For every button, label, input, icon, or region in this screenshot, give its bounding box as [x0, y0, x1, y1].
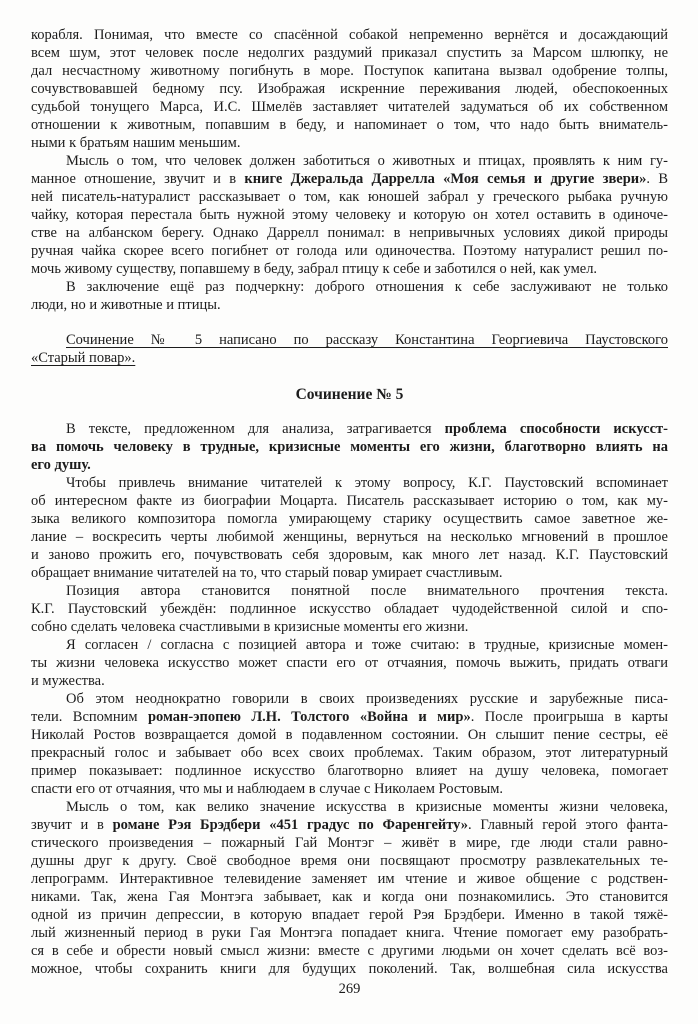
text-line: об интересном факте из биографии Моцарта…	[31, 492, 668, 510]
text-run: Мысль о том, как велико значение искусст…	[66, 799, 668, 815]
text-run: В тексте, предложенном для анализа, затр…	[66, 421, 445, 437]
text-run: собно сделать человека счастливыми в кри…	[31, 619, 468, 635]
text-line: «Старый повар».	[31, 349, 668, 367]
text-run: никами. Так, жена Гая Монтэга забывает, …	[31, 889, 668, 905]
text-line: никами. Так, жена Гая Монтэга забывает, …	[31, 888, 668, 906]
text-run: и мужества.	[31, 673, 105, 689]
text-line: спасти его от отчаяния, что мы и наблюда…	[31, 780, 668, 798]
text-line: ты жизни человека искусство может спасти…	[31, 654, 668, 672]
text-run: стве на албанском берегу. Однако Даррелл…	[31, 225, 668, 241]
text-run: стического произведения – пожарный Гай М…	[31, 835, 668, 851]
text-run: обращает внимание читателей на то, что с…	[31, 565, 503, 581]
text-line: Сочинение № 5 написано по рассказу Конст…	[31, 331, 668, 349]
text-run: Мысль о том, что человек должен заботить…	[66, 153, 668, 169]
text-run: ными к братьям нашим меньшим.	[31, 135, 240, 151]
text-line: сочувствовавшей бедному псу. Изображая и…	[31, 80, 668, 98]
text-run: К.Г. Паустовский убеждён: подлинное иску…	[31, 601, 668, 617]
text-run: прекрасный голос и забывает обо всех сво…	[31, 745, 668, 761]
text-line: его душу.	[31, 456, 668, 474]
text-line: Я согласен / согласна с позицией автора …	[31, 636, 668, 654]
text-run: ся в себе и обрести новый смысл жизни: в…	[31, 943, 668, 959]
text-line: дал несчастному животному погибнуть в мо…	[31, 62, 668, 80]
text-run: Я согласен / согласна с позицией автора …	[66, 637, 668, 653]
text-line: стического произведения – пожарный Гай М…	[31, 834, 668, 852]
text-line: чайку, которая перестала быть нужной это…	[31, 206, 668, 224]
text-run: ва помочь человеку в трудные, кризисные …	[31, 439, 668, 455]
text-run: ней писатель-натуралист рассказывает о т…	[31, 189, 668, 205]
text-run: судьбой тонущего Марса, И.С. Шмелёв заст…	[31, 99, 668, 115]
text-run: лание – воскресить черты любимой женщины…	[31, 529, 668, 545]
text-line: мочь живому существу, попавшему в беду, …	[31, 260, 668, 278]
text-run: об интересном факте из биографии Моцарта…	[31, 493, 668, 509]
text-run: Чтобы привлечь внимание читателей к этом…	[66, 475, 668, 491]
text-run: лепрограмм. Интерактивное телевидение за…	[31, 871, 668, 887]
text-line: собно сделать человека счастливыми в кри…	[31, 618, 668, 636]
section-essay-body: В тексте, предложенном для анализа, затр…	[31, 420, 668, 978]
text-run: ты жизни человека искусство может спасти…	[31, 655, 668, 671]
text-line: ными к братьям нашим меньшим.	[31, 134, 668, 152]
text-run: Николай Ростов возвращается домой в пода…	[31, 727, 668, 743]
text-line: звучит и в романе Рэя Брэдбери «451 град…	[31, 816, 668, 834]
paragraph: В заключение ещё раз подчеркну: доброго …	[31, 278, 668, 314]
text-line: лепрограмм. Интерактивное телевидение за…	[31, 870, 668, 888]
text-run: романе Рэя Брэдбери «451 градус по Фарен…	[113, 817, 468, 833]
text-line: лый жизненный период в руки Гая Монтэга …	[31, 924, 668, 942]
text-run: сочувствовавшей бедному псу. Изображая и…	[31, 81, 668, 97]
text-line: прекрасный голос и забывает обо всех сво…	[31, 744, 668, 762]
text-line: можное, чтобы сохранить книги для будущи…	[31, 960, 668, 978]
text-line: зыка великого композитора помогла умираю…	[31, 510, 668, 528]
text-run: «Старый повар».	[31, 350, 135, 366]
text-run: дал несчастному животному погибнуть в мо…	[31, 63, 668, 79]
text-line: одной из причин депрессии, в которую впа…	[31, 906, 668, 924]
text-line: стве на албанском берегу. Однако Даррелл…	[31, 224, 668, 242]
paragraph: корабля. Понимая, что вместе со спасённо…	[31, 26, 668, 152]
text-run: люди, но и животные и птицы.	[31, 297, 221, 313]
text-line: пример показывает: подлинное искусство б…	[31, 762, 668, 780]
paragraph: Сочинение № 5 написано по рассказу Конст…	[31, 331, 668, 367]
text-run: лый жизненный период в руки Гая Монтэга …	[31, 925, 668, 941]
text-run: одной из причин депрессии, в которую впа…	[31, 907, 668, 923]
text-run: . В	[646, 171, 668, 187]
paragraph: Мысль о том, что человек должен заботить…	[31, 152, 668, 278]
text-run: В заключение ещё раз подчеркну: доброго …	[66, 279, 668, 295]
text-line: обращает внимание читателей на то, что с…	[31, 564, 668, 582]
text-line: В тексте, предложенном для анализа, затр…	[31, 420, 668, 438]
section-pre-essay: корабля. Понимая, что вместе со спасённо…	[31, 26, 668, 367]
text-line: лание – воскресить черты любимой женщины…	[31, 528, 668, 546]
text-run: манное отношение, звучит и в	[31, 171, 244, 187]
text-run: пример показывает: подлинное искусство б…	[31, 763, 668, 779]
page-number: 269	[31, 980, 668, 998]
paragraph: В тексте, предложенном для анализа, затр…	[31, 420, 668, 474]
text-run: чайку, которая перестала быть нужной это…	[31, 207, 668, 223]
text-line: ва помочь человеку в трудные, кризисные …	[31, 438, 668, 456]
text-run: ручная чайка скорее всего погибнет от го…	[31, 243, 668, 259]
text-line: Мысль о том, как велико значение искусст…	[31, 798, 668, 816]
text-run: спасти его от отчаяния, что мы и наблюда…	[31, 781, 503, 797]
text-line: Николай Ростов возвращается домой в пода…	[31, 726, 668, 744]
text-line: К.Г. Паустовский убеждён: подлинное иску…	[31, 600, 668, 618]
text-run: и заново прожить его, почувствовать себя…	[31, 547, 668, 563]
text-line: отношении к животным, попавшим в беду, и…	[31, 116, 668, 134]
text-run: звучит и в	[31, 817, 113, 833]
text-line: манное отношение, звучит и в книге Джера…	[31, 170, 668, 188]
text-line: В заключение ещё раз подчеркну: доброго …	[31, 278, 668, 296]
text-line: ся в себе и обрести новый смысл жизни: в…	[31, 942, 668, 960]
text-line: судьбой тонущего Марса, И.С. Шмелёв заст…	[31, 98, 668, 116]
text-run: проблема способности искусст-	[445, 421, 668, 437]
text-line: ней писатель-натуралист рассказывает о т…	[31, 188, 668, 206]
paragraph: Я согласен / согласна с позицией автора …	[31, 636, 668, 690]
text-line: корабля. Понимая, что вместе со спасённо…	[31, 26, 668, 44]
text-run: . Главный герой этого фанта-	[468, 817, 668, 833]
essay-heading: Сочинение № 5	[31, 385, 668, 405]
text-line: всем шум, этот человек после недолгих ра…	[31, 44, 668, 62]
text-line: душны друг к другу. Своё свободное время…	[31, 852, 668, 870]
text-run: зыка великого композитора помогла умираю…	[31, 511, 668, 527]
text-run: его душу.	[31, 457, 91, 473]
paragraph: Мысль о том, как велико значение искусст…	[31, 798, 668, 978]
text-line: Об этом неоднократно говорили в своих пр…	[31, 690, 668, 708]
document-page: корабля. Понимая, что вместе со спасённо…	[0, 0, 698, 1024]
text-run: отношении к животным, попавшим в беду, и…	[31, 117, 668, 133]
text-line: тели. Вспомним роман-эпопею Л.Н. Толстог…	[31, 708, 668, 726]
text-line: Чтобы привлечь внимание читателей к этом…	[31, 474, 668, 492]
text-line: Позиция автора становится понятной после…	[31, 582, 668, 600]
paragraph: Чтобы привлечь внимание читателей к этом…	[31, 474, 668, 582]
text-run: всем шум, этот человек после недолгих ра…	[31, 45, 668, 61]
text-run: можное, чтобы сохранить книги для будущи…	[31, 961, 668, 977]
text-run: Об этом неоднократно говорили в своих пр…	[66, 691, 668, 707]
text-line: и мужества.	[31, 672, 668, 690]
text-line: Мысль о том, что человек должен заботить…	[31, 152, 668, 170]
text-run: тели. Вспомним	[31, 709, 148, 725]
text-run: Позиция автора становится понятной после…	[66, 583, 668, 599]
text-run: . После проигрыша в карты	[471, 709, 668, 725]
paragraph: Позиция автора становится понятной после…	[31, 582, 668, 636]
text-run: мочь живому существу, попавшему в беду, …	[31, 261, 597, 277]
paragraph: Об этом неоднократно говорили в своих пр…	[31, 690, 668, 798]
text-line: и заново прожить его, почувствовать себя…	[31, 546, 668, 564]
text-line: ручная чайка скорее всего погибнет от го…	[31, 242, 668, 260]
text-run: корабля. Понимая, что вместе со спасённо…	[31, 27, 668, 43]
text-run: душны друг к другу. Своё свободное время…	[31, 853, 668, 869]
text-run: роман-эпопею Л.Н. Толстого «Война и мир»	[148, 709, 471, 725]
text-line: люди, но и животные и птицы.	[31, 296, 668, 314]
text-run: книге Джеральда Даррелла «Моя семья и др…	[244, 171, 646, 187]
text-run: Сочинение № 5 написано по рассказу Конст…	[66, 332, 668, 348]
